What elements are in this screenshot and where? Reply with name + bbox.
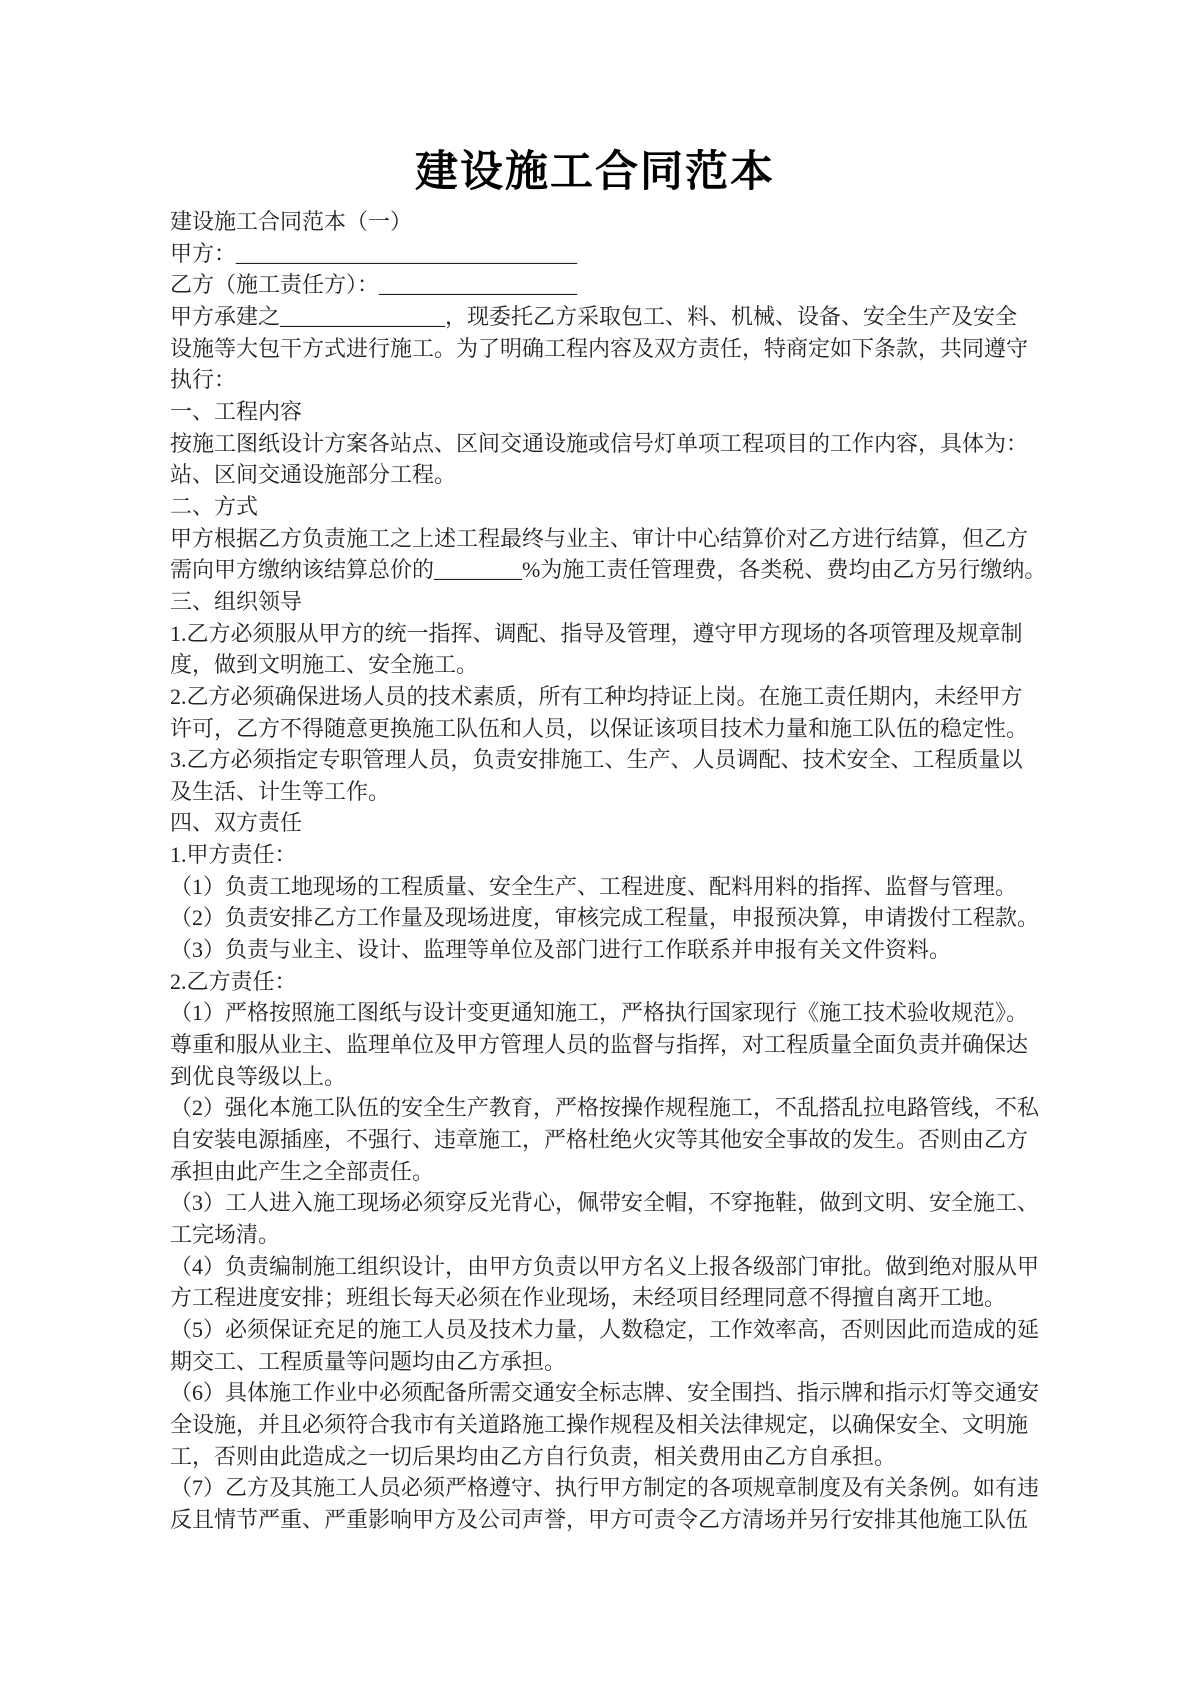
document-line: 需向甲方缴纳该结算总价的________%为施工责任管理费，各类税、费均由乙方另… xyxy=(170,554,1042,586)
document-line: （1）严格按照施工图纸与设计变更通知施工，严格执行国家现行《施工技术验收规范》。 xyxy=(170,997,1042,1029)
document-line: （2）强化本施工队伍的安全生产教育，严格按操作规程施工，不乱搭乱拉电路管线，不私 xyxy=(170,1092,1042,1124)
document-line: 甲方根据乙方负责施工之上述工程最终与业主、审计中心结算价对乙方进行结算，但乙方 xyxy=(170,523,1042,555)
document-line: 甲方：_______________________________ xyxy=(170,238,1042,270)
document-line: （7）乙方及其施工人员必须严格遵守、执行甲方制定的各项规章制度及有关条例。如有违 xyxy=(170,1472,1042,1504)
document-line: 工完场清。 xyxy=(170,1219,1042,1251)
document-line: 3.乙方必须指定专职管理人员，负责安排施工、生产、人员调配、技术安全、工程质量以 xyxy=(170,744,1042,776)
document-line: （6）具体施工作业中必须配备所需交通安全标志牌、安全围挡、指示牌和指示灯等交通安 xyxy=(170,1377,1042,1409)
document-line: 2.乙方责任： xyxy=(170,966,1042,998)
document-line: 及生活、计生等工作。 xyxy=(170,776,1042,808)
document-line: 反且情节严重、严重影响甲方及公司声誉，甲方可责令乙方清场并另行安排其他施工队伍 xyxy=(170,1504,1042,1536)
document-line: 二、方式 xyxy=(170,491,1042,523)
document-line: （3）工人进入施工现场必须穿反光背心，佩带安全帽，不穿拖鞋，做到文明、安全施工、 xyxy=(170,1187,1042,1219)
document-line: 建设施工合同范本（一） xyxy=(170,206,1042,238)
document-line: 一、工程内容 xyxy=(170,396,1042,428)
document-line: （4）负责编制施工组织设计，由甲方负责以甲方名义上报各级部门审批。做到绝对服从甲 xyxy=(170,1251,1042,1283)
document-line: 设施等大包干方式进行施工。为了明确工程内容及双方责任，特商定如下条款，共同遵守 xyxy=(170,333,1042,365)
document-line: 尊重和服从业主、监理单位及甲方管理人员的监督与指挥，对工程质量全面负责并确保达 xyxy=(170,1029,1042,1061)
document-line: 期交工、工程质量等问题均由乙方承担。 xyxy=(170,1346,1042,1378)
document-title: 建设施工合同范本 xyxy=(0,143,1190,203)
document-body: 建设施工合同范本（一）甲方：__________________________… xyxy=(170,206,1042,1536)
document-line: 四、双方责任 xyxy=(170,807,1042,839)
document-line: 2.乙方必须确保进场人员的技术素质，所有工种均持证上岗。在施工责任期内，未经甲方 xyxy=(170,681,1042,713)
document-line: 1.乙方必须服从甲方的统一指挥、调配、指导及管理，遵守甲方现场的各项管理及规章制 xyxy=(170,618,1042,650)
document-line: 自安装电源插座，不强行、违章施工，严格杜绝火灾等其他安全事故的发生。否则由乙方 xyxy=(170,1124,1042,1156)
document-line: （5）必须保证充足的施工人员及技术力量，人数稳定，工作效率高，否则因此而造成的延 xyxy=(170,1314,1042,1346)
document-line: 站、区间交通设施部分工程。 xyxy=(170,459,1042,491)
document-line: （3）负责与业主、设计、监理等单位及部门进行工作联系并申报有关文件资料。 xyxy=(170,934,1042,966)
document-line: 到优良等级以上。 xyxy=(170,1061,1042,1093)
document-line: 执行： xyxy=(170,364,1042,396)
document-line: 乙方（施工责任方）：__________________ xyxy=(170,269,1042,301)
document-line: 承担由此产生之全部责任。 xyxy=(170,1156,1042,1188)
document-line: 许可，乙方不得随意更换施工队伍和人员，以保证该项目技术力量和施工队伍的稳定性。 xyxy=(170,713,1042,745)
document-line: （2）负责安排乙方工作量及现场进度，审核完成工程量，申报预决算，申请拨付工程款。 xyxy=(170,902,1042,934)
document-line: 甲方承建之_______________，现委托乙方采取包工、料、机械、设备、安… xyxy=(170,301,1042,333)
document-line: 工，否则由此造成之一切后果均由乙方自行负责，相关费用由乙方自承担。 xyxy=(170,1441,1042,1473)
document-line: 方工程进度安排；班组长每天必须在作业现场，未经项目经理同意不得擅自离开工地。 xyxy=(170,1282,1042,1314)
document-line: （1）负责工地现场的工程质量、安全生产、工程进度、配料用料的指挥、监督与管理。 xyxy=(170,871,1042,903)
document-line: 全设施，并且必须符合我市有关道路施工操作规程及相关法律规定，以确保安全、文明施 xyxy=(170,1409,1042,1441)
document-line: 三、组织领导 xyxy=(170,586,1042,618)
document-line: 度，做到文明施工、安全施工。 xyxy=(170,649,1042,681)
document-page: 建设施工合同范本 建设施工合同范本（一）甲方：_________________… xyxy=(0,0,1190,1683)
document-line: 按施工图纸设计方案各站点、区间交通设施或信号灯单项工程项目的工作内容，具体为： xyxy=(170,428,1042,460)
document-line: 1.甲方责任： xyxy=(170,839,1042,871)
